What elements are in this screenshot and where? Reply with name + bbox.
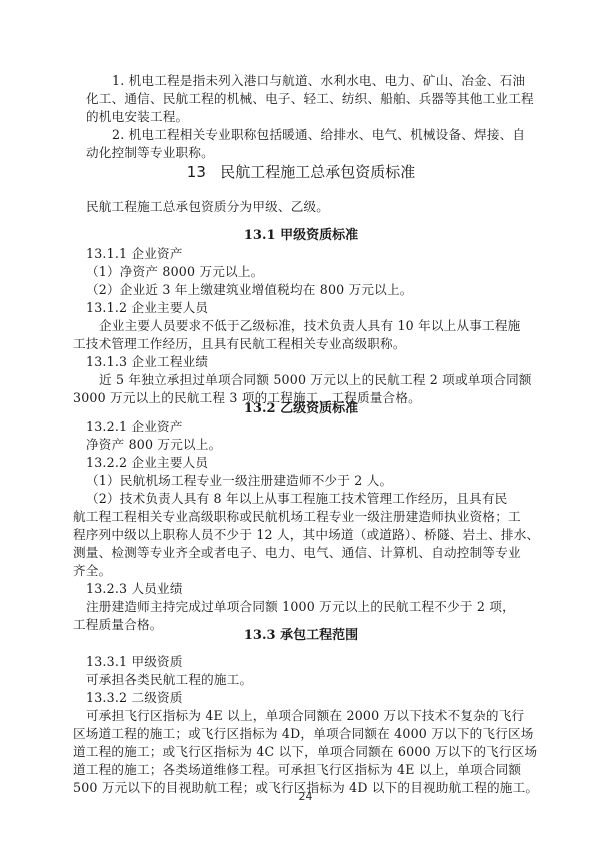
- section-13-1-1-title: 13.1.1 企业资产: [86, 245, 516, 263]
- section-13-1-2-line-2: 工技术管理工作经历，且具有民航工程相关专业高级职称。: [73, 335, 503, 353]
- section-13-1-3-title: 13.1.3 企业工程业绩: [73, 353, 516, 371]
- section-13-3-2-line-1: 可承担飞行区指标为 4E 以上，单项合同额在 2000 万以下技术不复杂的飞行: [86, 707, 516, 725]
- page-number: 24: [0, 790, 611, 803]
- section-13-3-1-line: 可承担各类民航工程的施工。: [86, 671, 516, 689]
- section-13-1-2-line-1: 企业主要人员要求不低于乙级标准，技术负责人具有 10 年以上从事工程施: [86, 317, 529, 335]
- note-1-line-1: 1. 机电工程是指未列入港口与航道、水利水电、电力、矿山、冶金、石油: [86, 72, 542, 90]
- section-13-2-heading: 13.2 乙级资质标准: [86, 400, 516, 418]
- section-13-2-2-item-2-line-3: 程序列中级以上职称人员不少于 12 人，其中场道（或道路）、桥隧、岩土、排水、: [73, 526, 503, 544]
- section-13-1-1-item-1: （1）净资产 8000 万元以上。: [86, 263, 516, 281]
- chapter-number: 13: [187, 163, 206, 181]
- section-13-3-2-line-2: 区场道工程的施工；或飞行区指标为 4D，单项合同额在 4000 万以下的飞行区场: [73, 725, 503, 743]
- section-13-2-2-item-2-line-4: 测量、检测等专业齐全或者电子、电力、电气、通信、计算机、自动控制等专业: [73, 544, 503, 562]
- chapter-title: 民航工程施工总承包资质标准: [220, 163, 415, 181]
- section-13-3-2-line-3: 道工程的施工；或飞行区指标为 4C 以下，单项合同额在 6000 万以下的飞行区…: [73, 743, 503, 761]
- note-1-line-2: 化工、通信、民航工程的机械、电子、轻工、纺织、船舶、兵器等其他工业工程: [86, 90, 516, 108]
- section-13-2-3-line-1: 注册建造师主持完成过单项合同额 1000 万元以上的民航工程不少于 2 项，: [86, 598, 516, 616]
- note-2-line-2: 动化控制等专业职称。: [86, 144, 516, 162]
- section-13-2-2-item-2-line-5: 齐全。: [73, 562, 503, 580]
- section-13-1-2-title: 13.1.2 企业主要人员: [73, 299, 516, 317]
- section-13-3-heading: 13.3 承包工程范围: [86, 627, 516, 645]
- section-13-1-3-line-1: 近 5 年独立承担过单项合同额 5000 万元以上的民航工程 2 项或单项合同额: [86, 371, 529, 389]
- note-2-line-1: 2. 机电工程相关专业职称包括暖通、给排水、电气、机械设备、焊接、自: [86, 126, 542, 144]
- section-13-1-1-item-2: （2）企业近 3 年上缴建筑业增值税均在 800 万元以上。: [86, 281, 516, 299]
- section-13-3-2-title: 13.3.2 二级资质: [86, 689, 516, 707]
- section-13-2-1-line: 净资产 800 万元以上。: [86, 436, 516, 454]
- section-13-2-2-item-2-line-2: 航工程工程相关专业高级职称或民航机场工程专业一级注册建造师执业资格；工: [73, 508, 503, 526]
- section-13-3-2-line-4: 道工程的施工；各类场道维修工程。可承担飞行区指标为 4E 以上，单项合同额: [73, 761, 503, 779]
- section-13-1-heading: 13.1 甲级资质标准: [86, 227, 516, 245]
- note-1-line-3: 的机电安装工程。: [86, 108, 516, 126]
- section-13-2-2-title: 13.2.2 企业主要人员: [86, 454, 516, 472]
- chapter-heading: 13 民航工程施工总承包资质标准: [86, 162, 516, 182]
- section-13-2-1-title: 13.2.1 企业资产: [86, 418, 516, 436]
- section-13-2-2-item-2-line-1: （2）技术负责人具有 8 年以上从事工程施工技术管理工作经历，且具有民: [86, 490, 516, 508]
- section-13-2-3-title: 13.2.3 人员业绩: [86, 580, 516, 598]
- section-13-2-2-item-1: （1）民航机场工程专业一级注册建造师不少于 2 人。: [86, 472, 516, 490]
- intro-text: 民航工程施工总承包资质分为甲级、乙级。: [86, 198, 516, 216]
- section-13-3-1-title: 13.3.1 甲级资质: [86, 653, 516, 671]
